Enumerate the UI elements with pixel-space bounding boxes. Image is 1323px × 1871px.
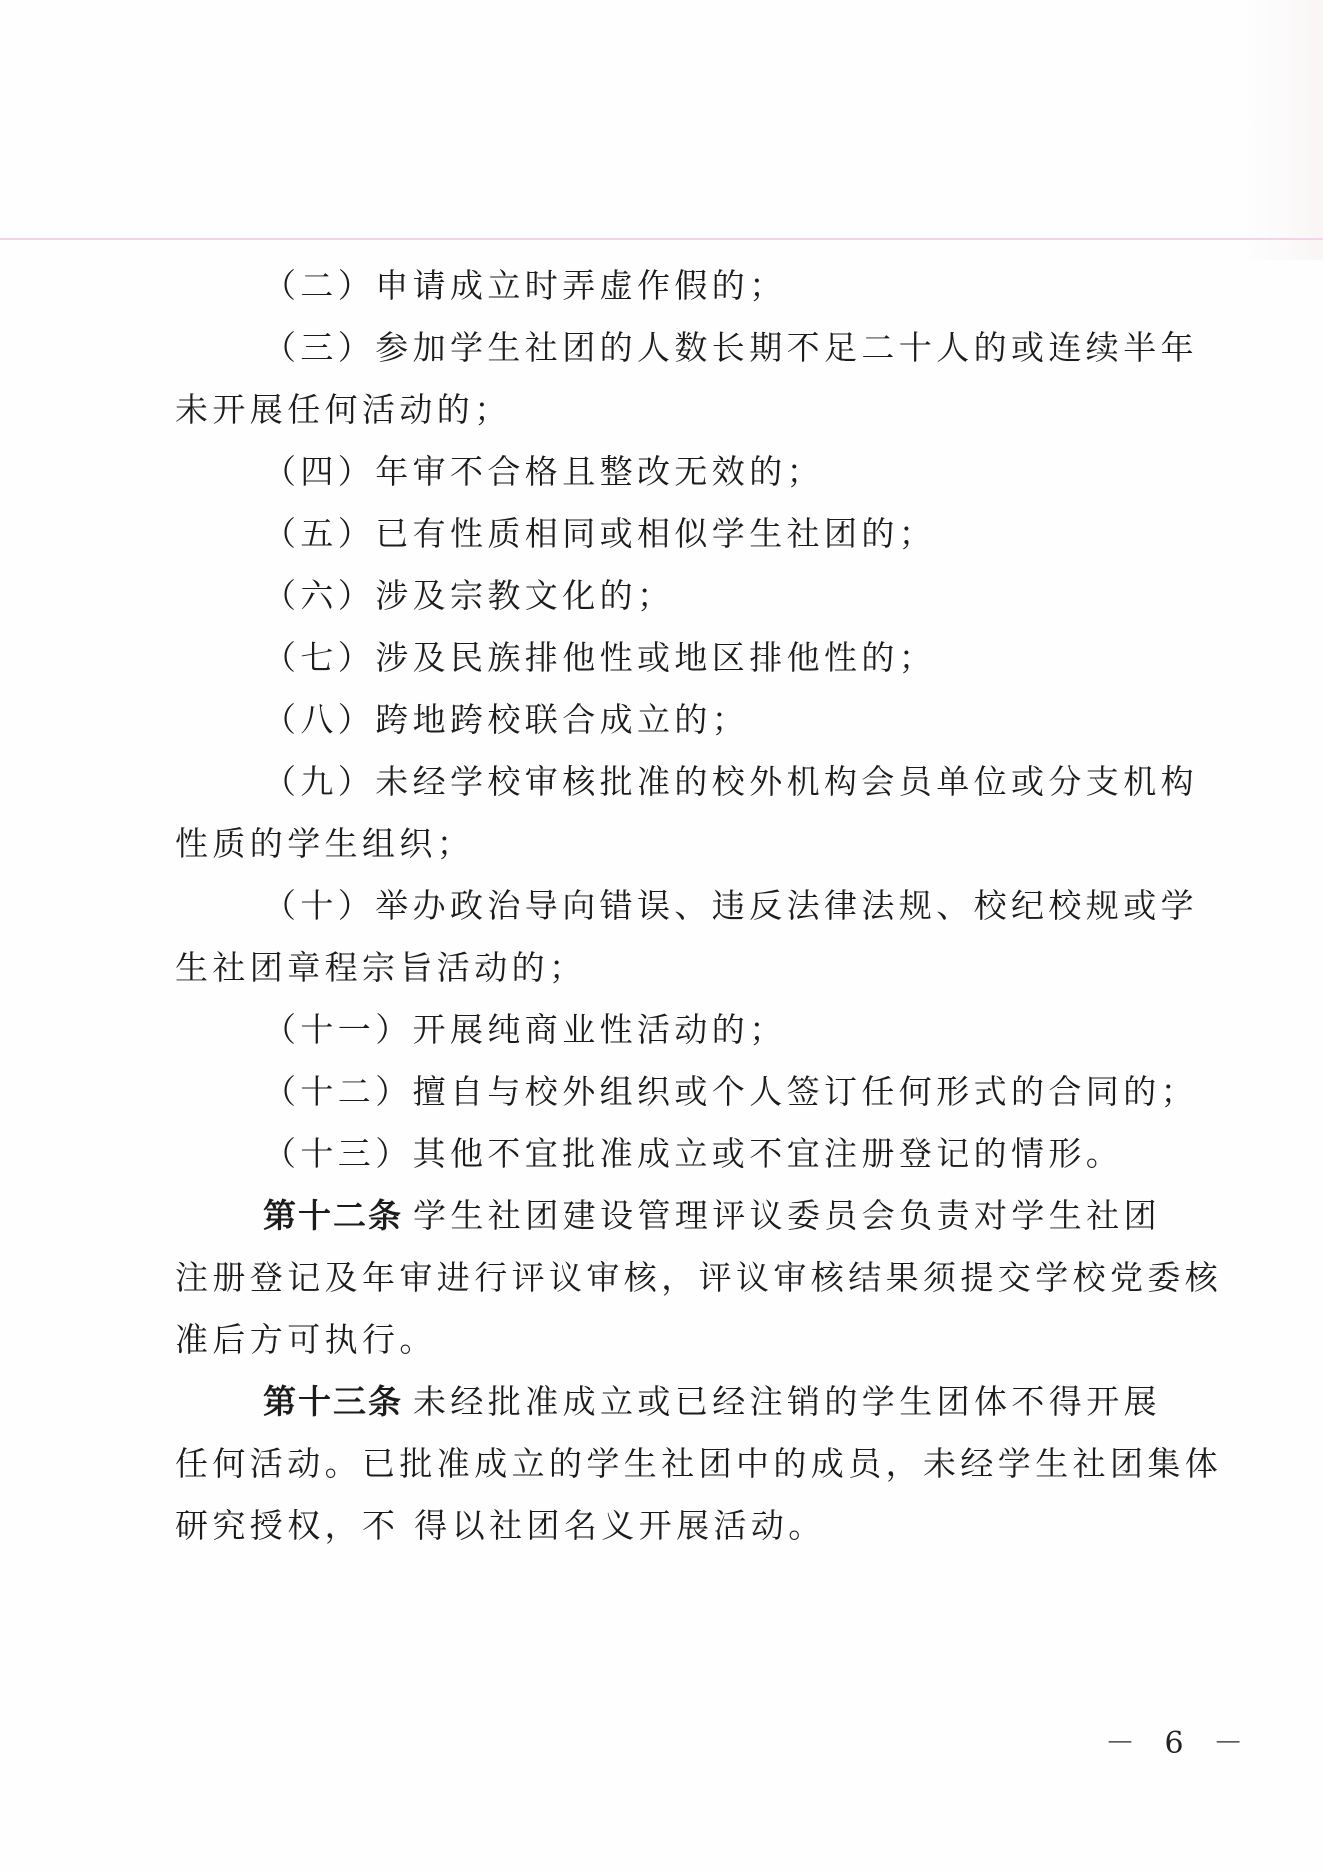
document-body: （二）申请成立时弄虚作假的； （三）参加学生社团的人数长期不足二十人的或连续半年… — [175, 255, 1160, 1557]
list-item-5: （五）已有性质相同或相似学生社团的； — [175, 503, 1160, 565]
scan-shadow — [1243, 0, 1323, 260]
article-12-cont-2: 准后方可执行。 — [175, 1309, 1160, 1371]
list-item-3: （三）参加学生社团的人数长期不足二十人的或连续半年 — [175, 317, 1160, 379]
article-12: 第十二条学生社团建设管理评议委员会负责对学生社团 — [175, 1185, 1160, 1247]
list-item-7: （七）涉及民族排他性或地区排他性的； — [175, 627, 1160, 689]
page-number: － 6 － — [1105, 1718, 1253, 1762]
list-item-6: （六）涉及宗教文化的； — [175, 565, 1160, 627]
article-12-cont-1: 注册登记及年审进行评议审核，评议审核结果须提交学校党委核 — [175, 1247, 1160, 1309]
article-13-text: 未经批准成立或已经注销的学生团体不得开展 — [413, 1382, 1161, 1421]
list-item-8: （八）跨地跨校联合成立的； — [175, 689, 1160, 751]
document-page: （二）申请成立时弄虚作假的； （三）参加学生社团的人数长期不足二十人的或连续半年… — [0, 0, 1323, 1871]
list-item-3-cont: 未开展任何活动的； — [175, 379, 1160, 441]
list-item-10: （十）举办政治导向错误、违反法律法规、校纪校规或学 — [175, 875, 1160, 937]
list-item-11: （十一）开展纯商业性活动的； — [175, 999, 1160, 1061]
list-item-13: （十三）其他不宜批准成立或不宜注册登记的情形。 — [175, 1123, 1160, 1185]
list-item-2: （二）申请成立时弄虚作假的； — [175, 255, 1160, 317]
list-item-10-cont: 生社团章程宗旨活动的； — [175, 937, 1160, 999]
article-13: 第十三条未经批准成立或已经注销的学生团体不得开展 — [175, 1371, 1160, 1433]
list-item-4: （四）年审不合格且整改无效的； — [175, 441, 1160, 503]
list-item-9: （九）未经学校审核批准的校外机构会员单位或分支机构 — [175, 751, 1160, 813]
list-item-9-cont: 性质的学生组织； — [175, 813, 1160, 875]
list-item-12: （十二）擅自与校外组织或个人签订任何形式的合同的； — [175, 1061, 1160, 1123]
article-13-title: 第十三条 — [263, 1382, 403, 1421]
article-12-title: 第十二条 — [263, 1196, 403, 1235]
article-13-cont-2: 研究授权，不 得以社团名义开展活动。 — [175, 1495, 1160, 1557]
article-13-cont-1: 任何活动。已批准成立的学生社团中的成员，未经学生社团集体 — [175, 1433, 1160, 1495]
header-divider-line — [0, 238, 1323, 240]
article-12-text: 学生社团建设管理评议委员会负责对学生社团 — [413, 1196, 1161, 1235]
